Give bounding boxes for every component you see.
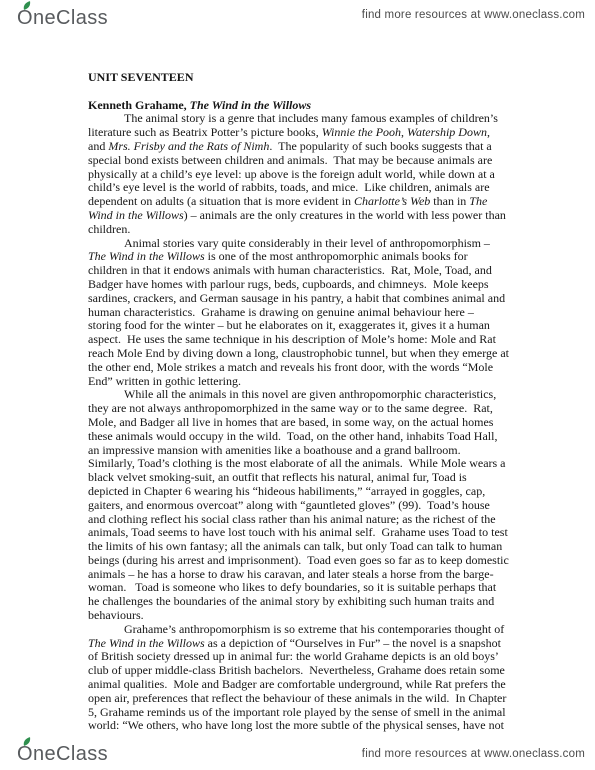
- text-run: than in: [430, 194, 469, 208]
- paragraph: The animal story is a genre that include…: [88, 112, 509, 236]
- page: { "header": { "logo_text": "OneClass", "…: [0, 0, 595, 770]
- text-run: Watership Down: [407, 125, 487, 139]
- unit-title: UNIT SEVENTEEN: [88, 71, 509, 85]
- paragraph: Animal stories vary quite considerably i…: [88, 237, 509, 389]
- paragraph: Grahame’s anthropomorphism is so extreme…: [88, 623, 509, 733]
- text-run: Mrs. Frisby and the Rats of Nimh: [108, 139, 269, 153]
- text-run: Grahame’s anthropomorphism is so extreme…: [124, 622, 507, 636]
- text-run: Animal stories vary quite considerably i…: [124, 236, 493, 250]
- text-run: The Wind in the Willows: [88, 249, 205, 263]
- oneclass-logo-footer[interactable]: OneClass: [17, 743, 108, 765]
- text-run: Charlotte’s Web: [354, 194, 430, 208]
- document-page: UNIT SEVENTEEN Kenneth Grahame, The Wind…: [88, 71, 509, 733]
- section-heading: Kenneth Grahame, The Wind in the Willows: [88, 99, 509, 113]
- text-run: Winnie the Pooh: [322, 125, 401, 139]
- oneclass-logo[interactable]: OneClass: [17, 7, 108, 29]
- footer-resources-link[interactable]: find more resources at www.oneclass.com: [362, 748, 585, 760]
- logo-text: OneClass: [17, 7, 108, 29]
- text-run: as a depiction of “Ourselves in Fur” – t…: [88, 636, 509, 733]
- text-run: While all the animals in this novel are …: [88, 387, 512, 622]
- paragraphs: The animal story is a genre that include…: [88, 112, 509, 733]
- text-run: The Wind in the Willows: [190, 98, 311, 112]
- paragraph: While all the animals in this novel are …: [88, 388, 509, 623]
- text-run: is one of the most anthropomorphic anima…: [88, 249, 512, 387]
- text-run: Kenneth Grahame,: [88, 98, 190, 112]
- page-header: OneClass find more resources at www.onec…: [0, 0, 595, 34]
- logo-text: OneClass: [17, 743, 108, 765]
- page-footer: OneClass find more resources at www.onec…: [0, 736, 595, 770]
- header-resources-link[interactable]: find more resources at www.oneclass.com: [362, 9, 585, 21]
- text-run: The Wind in the Willows: [88, 636, 205, 650]
